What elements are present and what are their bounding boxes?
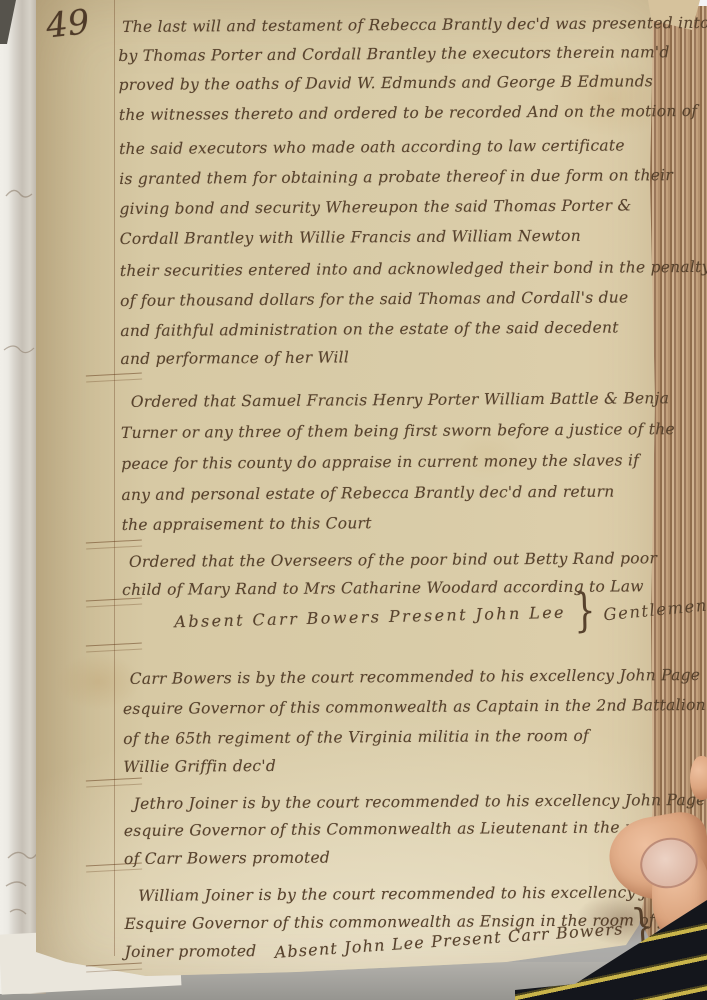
handwriting-layer: 49 The last will and testament of Rebecc… [0, 0, 707, 1000]
manuscript-line: Ordered that the Overseers of the poor b… [129, 549, 657, 571]
manuscript-line: is granted them for obtaining a probate … [119, 166, 673, 188]
manuscript-line: Jethro Joiner is by the court recommende… [134, 791, 706, 813]
manuscript-line: esquire Governor of this Commonwealth as… [124, 818, 667, 840]
manuscript-line: the said executors who made oath accordi… [119, 136, 625, 158]
manuscript-line: Cordall Brantley with Willie Francis and… [120, 227, 581, 248]
attendance-line: Absent Carr Bowers Present John Lee } Ge… [174, 595, 707, 635]
brace-glyph: } [573, 593, 596, 630]
attendance-label: Gentlemen [603, 596, 707, 625]
manuscript-line: any and personal estate of Rebecca Brant… [121, 483, 614, 504]
manuscript-line: giving bond and security Whereupon the s… [119, 196, 631, 218]
fingertip [690, 756, 707, 800]
manuscript-line: by Thomas Porter and Cordall Brantley th… [118, 43, 669, 65]
manuscript-line: the appraisement to this Court [122, 514, 372, 534]
manuscript-line: Carr Bowers is by the court recommended … [130, 666, 701, 688]
attendance-text: Absent Carr Bowers Present John Lee [174, 603, 566, 632]
manuscript-line: the witnesses thereto and ordered to be … [119, 102, 698, 124]
manuscript-line: peace for this county do appraise in cur… [121, 451, 639, 473]
manuscript-line: and faithful administration on the estat… [120, 318, 619, 339]
manuscript-line: of four thousand dollars for the said Th… [120, 288, 628, 310]
manuscript-line: and performance of her Will [120, 348, 349, 368]
manuscript-line: their securities entered into and acknow… [120, 258, 707, 280]
manuscript-line: proved by the oaths of David W. Edmunds … [119, 72, 654, 94]
page-number: 49 [44, 2, 91, 47]
manuscript-line: Willie Griffin dec'd [123, 757, 276, 776]
manuscript-line: The last will and testament of Rebecca B… [122, 14, 707, 36]
manuscript-line: Ordered that Samuel Francis Henry Porter… [131, 389, 669, 411]
manuscript-line: Joiner promoted [125, 942, 257, 961]
manuscript-line: Turner or any three of them being first … [121, 420, 675, 442]
manuscript-line: of Carr Bowers promoted [124, 849, 330, 868]
manuscript-line: child of Mary Rand to Mrs Catharine Wood… [122, 577, 644, 599]
manuscript-line: esquire Governor of this commonwealth as… [123, 696, 706, 718]
manuscript-photo: 49 The last will and testament of Rebecc… [0, 0, 707, 1000]
manuscript-line: of the 65th regiment of the Virginia mil… [123, 727, 589, 748]
